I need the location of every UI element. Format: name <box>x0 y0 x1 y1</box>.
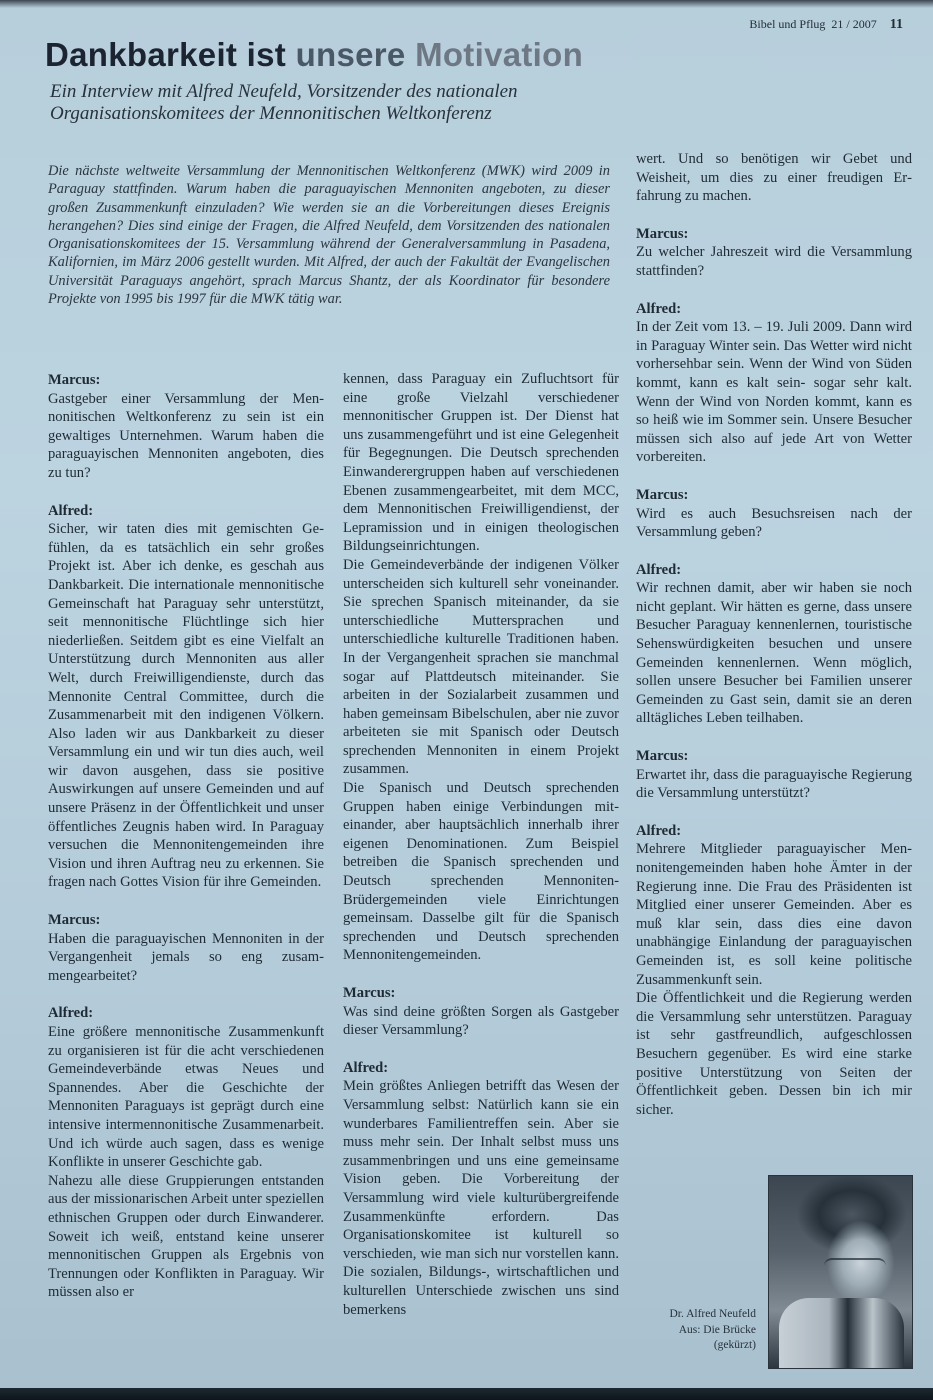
speaker-label: Marcus: <box>636 225 912 244</box>
answer-text: Eine größere mennonitische Zusammen­kunf… <box>48 1023 324 1172</box>
answer-text: kennen, dass Paraguay ein Zufluchtsort f… <box>343 370 619 556</box>
page-bottom-edge <box>0 1388 933 1400</box>
title-part-2: unsere <box>296 36 406 73</box>
photo-caption: Dr. Alfred Neufeld Aus: Die Brücke (gekü… <box>640 1307 756 1354</box>
answer-text: Wir rechnen damit, aber wir haben sie no… <box>636 579 912 728</box>
portrait-glasses-shape <box>824 1258 886 1276</box>
title-part-3: Motivation <box>415 36 583 73</box>
answer-text: Mein größtes Anliegen betrifft das Wesen… <box>343 1077 619 1319</box>
column-middle: kennen, dass Paraguay ein Zufluchtsort f… <box>343 370 619 1319</box>
speaker-label: Marcus: <box>48 911 324 930</box>
column-left: Marcus: Gastgeber einer Versammlung der … <box>48 371 324 1302</box>
article-subtitle: Ein Interview mit Alfred Neufeld, Vorsit… <box>50 81 610 125</box>
page-top-shadow <box>0 0 933 8</box>
question-text: Erwartet ihr, dass die paraguayische Re­… <box>636 766 912 803</box>
page-number: 11 <box>890 17 903 32</box>
article-intro: Die nächste weltweite Versammlung der Me… <box>48 162 610 308</box>
caption-source: Aus: Die Brücke <box>640 1323 756 1339</box>
answer-text: Mehrere Mitglieder paraguayischer Men­no… <box>636 840 912 989</box>
question-text: Was sind deine größten Sorgen als Gast­g… <box>343 1003 619 1040</box>
running-head: Bibel und Pflug 21 / 2007 11 <box>749 17 903 33</box>
question-text: Wird es auch Besuchsreisen nach der Vers… <box>636 505 912 542</box>
caption-name: Dr. Alfred Neufeld <box>640 1307 756 1323</box>
portrait-shirt-shape <box>779 1298 904 1368</box>
speaker-label: Alfred: <box>48 1004 324 1023</box>
subtitle-line-2: Organisationskomitees der Mennonitischen… <box>50 103 610 125</box>
subtitle-line-1: Ein Interview mit Alfred Neufeld, Vorsit… <box>50 81 610 103</box>
answer-text: Nahezu alle diese Gruppierungen entstan­… <box>48 1172 324 1302</box>
speaker-label: Marcus: <box>636 747 912 766</box>
answer-text: Sicher, wir taten dies mit gemischten Ge… <box>48 520 324 892</box>
question-text: Haben die paraguayischen Mennoniten in d… <box>48 930 324 986</box>
speaker-label: Marcus: <box>343 984 619 1003</box>
title-part-1: Dankbarkeit ist <box>45 36 286 73</box>
answer-text: wert. Und so benötigen wir Gebet und Wei… <box>636 150 912 206</box>
publication-name: Bibel und Pflug <box>749 17 825 31</box>
question-text: Gastgeber einer Versammlung der Men­noni… <box>48 390 324 483</box>
answer-text: In der Zeit vom 13. – 19. Juli 2009. Dan… <box>636 318 912 467</box>
speaker-label: Marcus: <box>636 486 912 505</box>
speaker-label: Alfred: <box>636 300 912 319</box>
speaker-label: Alfred: <box>48 502 324 521</box>
caption-note: (gekürzt) <box>640 1338 756 1354</box>
article-title: Dankbarkeit ist unsere Motivation <box>45 36 583 74</box>
speaker-label: Alfred: <box>636 822 912 841</box>
answer-text: Die Gemeindeverbände der indigenen Völke… <box>343 556 619 779</box>
column-right: wert. Und so benötigen wir Gebet und Wei… <box>636 150 912 1119</box>
answer-text: Die Öffentlichkeit und die Regierung wer… <box>636 989 912 1119</box>
answer-text: Die Spanisch und Deutsch sprechenden Gru… <box>343 779 619 965</box>
question-text: Zu welcher Jahreszeit wird die Ver­samml… <box>636 243 912 280</box>
speaker-label: Alfred: <box>343 1059 619 1078</box>
issue-number: 21 / 2007 <box>831 17 876 31</box>
speaker-label: Marcus: <box>48 371 324 390</box>
speaker-label: Alfred: <box>636 561 912 580</box>
portrait-photo <box>768 1175 913 1369</box>
